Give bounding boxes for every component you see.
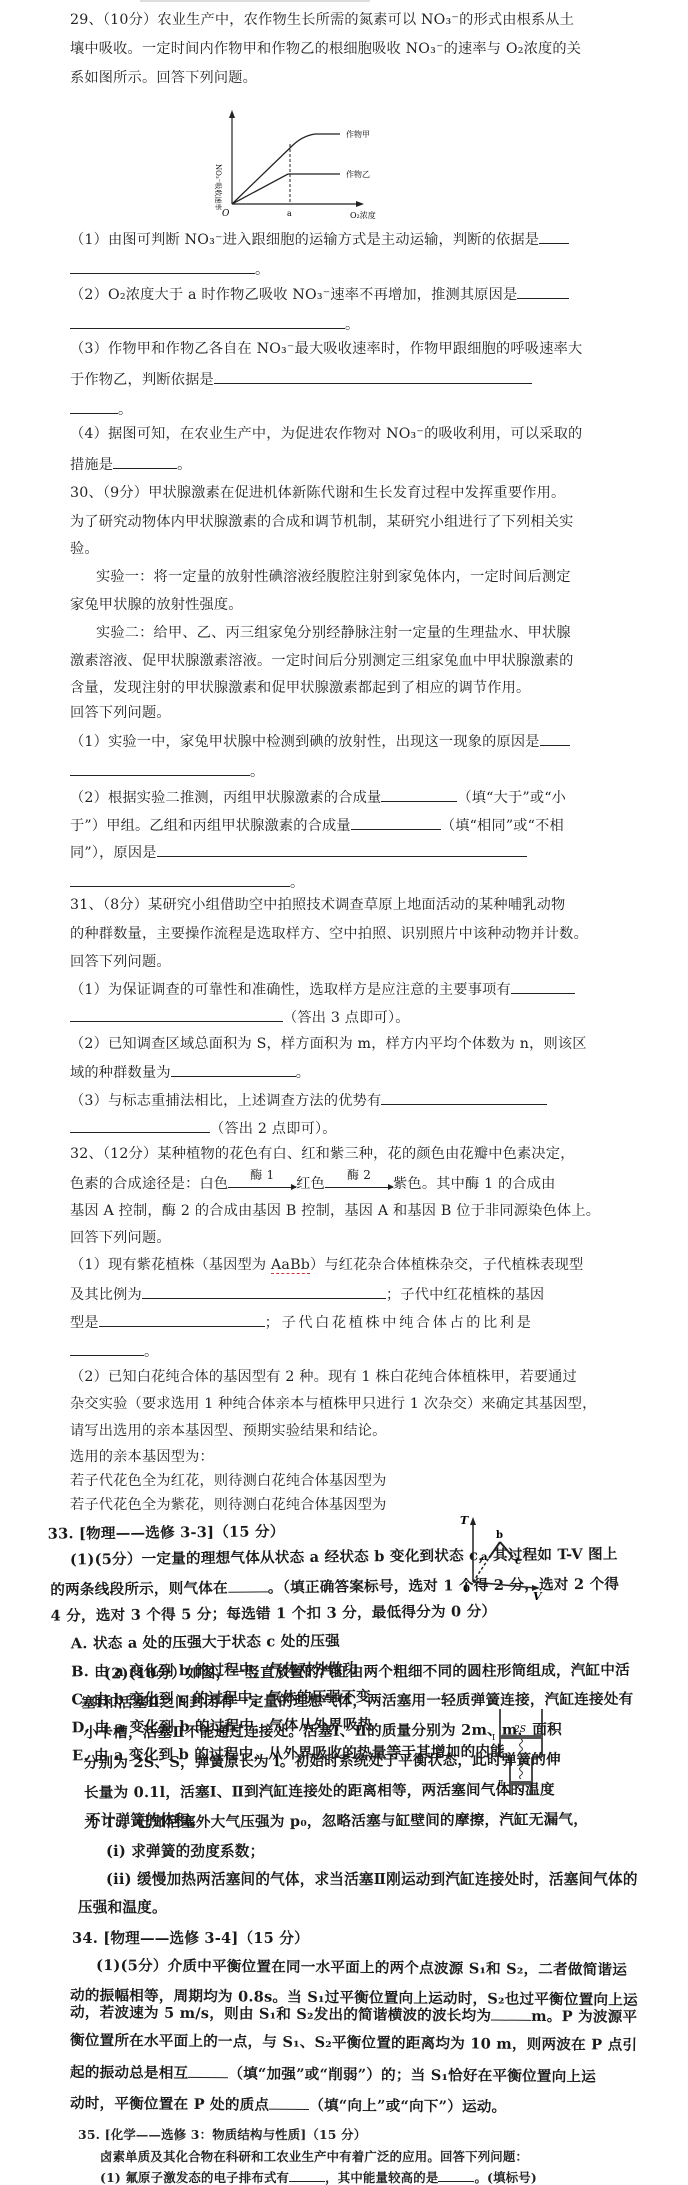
q33-p2-line-4: 分别为 2S、S，弹簧原长为 l。初始时系统处于平衡状态，此时弹簧的伸: [84, 1751, 484, 1774]
q33-p2-line-7: 不计弹簧的体积。: [86, 1811, 531, 1831]
q35-sub1: (1) 氟原子激发态的电子排布式有，其中能量较高的是。(填标号): [100, 2168, 545, 2185]
svg-text:Ⅱ: Ⅱ: [498, 1779, 503, 1788]
svg-text:2S: 2S: [513, 1725, 526, 1735]
q34-line-3: 动，若波速为 5 m/s，则由 S₁和 S₂发出的简谐横波的波长均为m。P 为波…: [70, 2001, 560, 2027]
svg-text:S: S: [518, 1788, 524, 1798]
q33-p2-line-1: (2)(10分）如图，一竖直放置的汽缸由两个粗细不同的圆柱形筒组成，汽缸中活: [104, 1661, 554, 1684]
q35-header: 35. [化学——选修 3：物质结构与性质]（15 分）: [78, 2125, 523, 2145]
q33-p2-line-3: 小卡槽，活塞Ⅱ不能通过连接处。活塞Ⅰ、Ⅱ的质量分别为 2m、m，面积: [83, 1721, 483, 1744]
q33-sub-ii-b: 压强和温度。: [78, 1898, 523, 1918]
q35-intro: 卤素单质及其化合物在科研和工农业生产中有着广泛的应用。回答下列问题：: [100, 2147, 545, 2167]
cylinder-piston-diagram: 2S S Ⅰ Ⅱ: [490, 1705, 550, 1800]
q34-line-6: 动时，平衡位置在 P 处的质点（填“向上”或“向下”）运动。: [70, 2092, 560, 2118]
exam-page: 29、（10分）农业生产中，农作物生长所需的氮素可以 NO₃⁻的形式由根系从土 …: [0, 0, 688, 2185]
q34-line-4: 衡位置所在水平面上的一点，与 S₁、S₂平衡位置的距离均为 10 m，则两波在 …: [70, 2031, 560, 2055]
q33-p2-line-5: 长量为 0.1l，活塞Ⅰ、Ⅱ到汽缸连接处的距离相等，两活塞间气体的温度: [84, 1781, 484, 1804]
q34-line-5: 起的振动总是相互（填“加强”或“削弱”）的；当 S₁恰好在平衡位置向上运: [70, 2061, 560, 2087]
q33-sub-i: (i) 求弹簧的劲度系数；: [106, 1842, 551, 1862]
q34-line-1: (1)(5分）介质中平衡位置在同一水平面上的两个点波源 S₁和 S₂，二者做简谐…: [96, 1956, 556, 1980]
q34-header: 34. [物理——选修 3-4]（15 分）: [72, 1929, 517, 1949]
svg-text:Ⅰ: Ⅰ: [492, 1733, 495, 1742]
q33-sub-ii-a: (ii) 缓慢加热两活塞间的气体，求当活塞Ⅱ刚运动到汽缸连接处时，活塞间气体的: [106, 1870, 556, 1890]
